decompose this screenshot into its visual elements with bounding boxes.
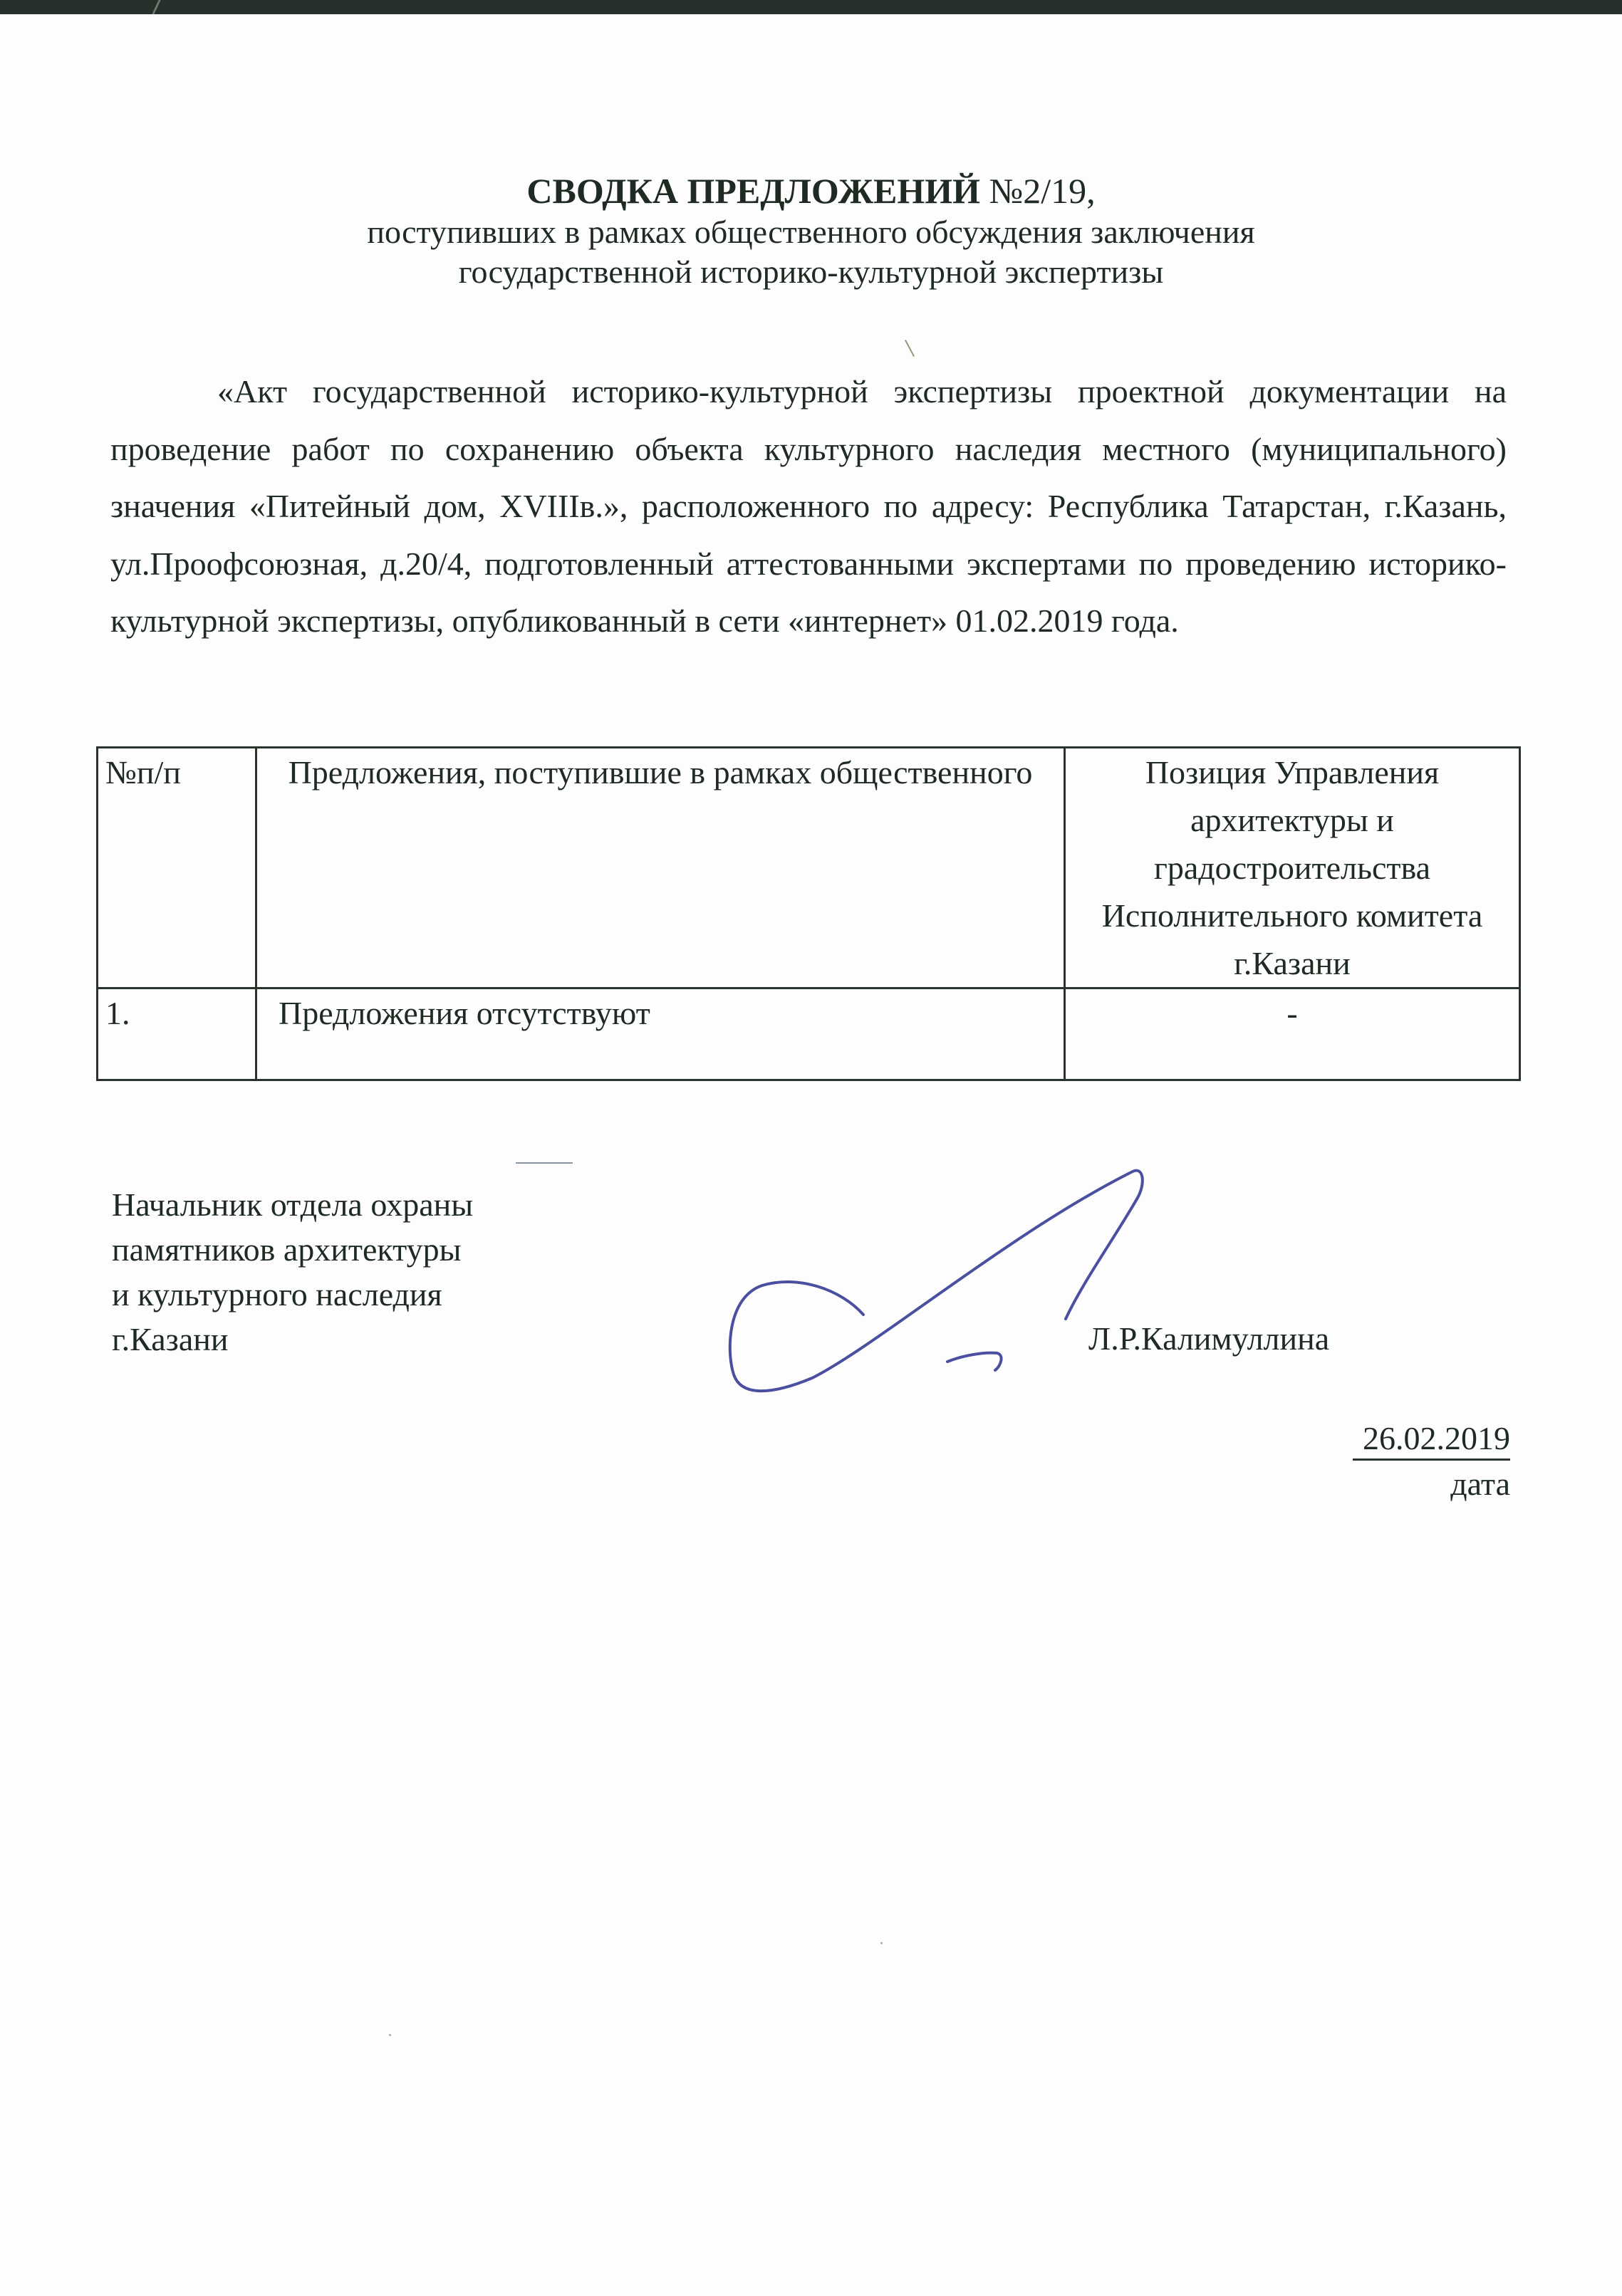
signatory-title-line-2: памятников архитектуры (112, 1227, 473, 1272)
cell-proposal: Предложения отсутствуют (256, 988, 1065, 1080)
pen-dash-mark (516, 1162, 573, 1164)
signatory-title: Начальник отдела охраны памятников архит… (112, 1182, 473, 1362)
body-paragraph: «Акт государственной историко-культурной… (110, 363, 1507, 650)
cell-number: 1. (98, 988, 256, 1080)
header-position: Позиция Управления архитектуры и градост… (1065, 748, 1520, 988)
header-proposals: Предложения, поступившие в рамках общест… (256, 748, 1065, 988)
signature-date: 26.02.2019 (1353, 1419, 1510, 1461)
signatory-title-line-1: Начальник отдела охраны (112, 1182, 473, 1227)
subtitle-line-2: государственной историко-культурной эксп… (0, 252, 1622, 292)
handwritten-signature-icon (712, 1139, 1154, 1410)
scan-speck (389, 2034, 391, 2036)
scan-edge-bar (0, 0, 1622, 14)
table-header-row: №п/п Предложения, поступившие в рамках о… (98, 748, 1520, 988)
date-label: дата (1450, 1464, 1510, 1504)
signatory-name: Л.Р.Калимуллина (1088, 1316, 1329, 1361)
document-title: СВОДКА ПРЕДЛОЖЕНИЙ №2/19, (0, 169, 1622, 212)
document-header: СВОДКА ПРЕДЛОЖЕНИЙ №2/19, поступивших в … (0, 169, 1622, 292)
body-paragraph-text: «Акт государственной историко-культурной… (110, 373, 1507, 639)
table-row: 1. Предложения отсутствуют - (98, 988, 1520, 1080)
title-bold: СВОДКА ПРЕДЛОЖЕНИЙ (526, 171, 980, 211)
subtitle-line-1: поступивших в рамках общественного обсуж… (0, 212, 1622, 252)
title-number: №2/19, (989, 171, 1096, 211)
stray-pen-mark (905, 340, 915, 357)
signatory-title-line-3: и культурного наследия (112, 1272, 473, 1317)
signatory-title-line-4: г.Казани (112, 1317, 473, 1362)
cell-position: - (1065, 988, 1520, 1080)
proposals-table: №п/п Предложения, поступившие в рамках о… (96, 746, 1521, 1081)
scan-speck (880, 1942, 883, 1944)
header-number: №п/п (98, 748, 256, 988)
